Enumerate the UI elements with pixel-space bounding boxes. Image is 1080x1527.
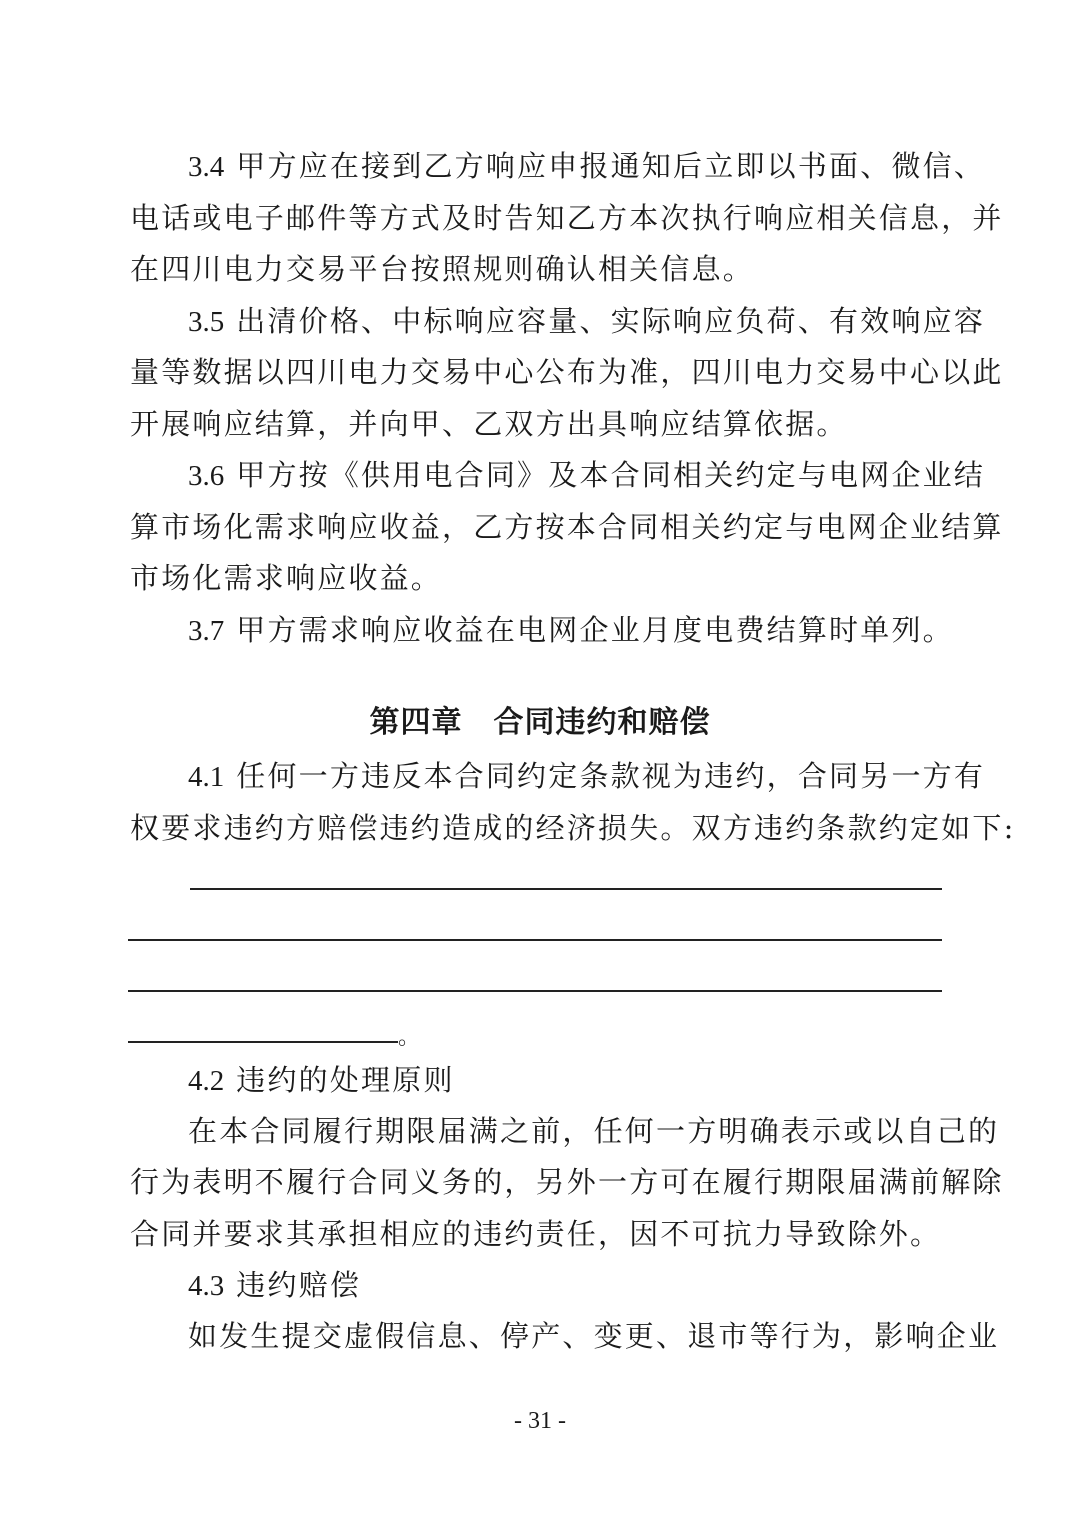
section-number: 4.3 bbox=[188, 1270, 224, 1302]
section-3-4-line-3: 在四川电力交易平台按照规则确认相关信息。 bbox=[130, 249, 950, 289]
section-number: 3.4 bbox=[188, 151, 224, 183]
section-3-5-line-3: 开展响应结算，并向甲、乙双方出具响应结算依据。 bbox=[130, 404, 950, 444]
section-number: 3.5 bbox=[188, 306, 224, 338]
section-4-2-line-2: 行为表明不履行合同义务的，另外一方可在履行期限届满前解除 bbox=[130, 1162, 950, 1202]
section-3-5-line-2: 量等数据以四川电力交易中心公布为准，四川电力交易中心以此 bbox=[130, 352, 950, 392]
section-4-2-title: 4.2违约的处理原则 bbox=[188, 1060, 950, 1101]
fill-in-blank-line-3[interactable] bbox=[128, 990, 942, 992]
blank-end-period: 。 bbox=[398, 1020, 420, 1051]
chapter-heading: 第四章 合同违约和赔偿 bbox=[0, 703, 1080, 743]
section-4-3-line-1: 如发生提交虚假信息、停产、变更、退市等行为，影响企业 bbox=[188, 1316, 950, 1356]
section-4-1-line-1: 4.1任何一方违反本合同约定条款视为违约，合同另一方有 bbox=[188, 756, 950, 797]
section-3-7-line-1: 3.7甲方需求响应收益在电网企业月度电费结算时单列。 bbox=[188, 610, 950, 651]
section-3-6-line-3: 市场化需求响应收益。 bbox=[130, 558, 950, 598]
section-4-1-line-2: 权要求违约方赔偿违约造成的经济损失。双方违约条款约定如下: bbox=[130, 808, 950, 848]
section-3-6-line-2: 算市场化需求响应收益，乙方按本合同相关约定与电网企业结算 bbox=[130, 507, 950, 547]
section-number: 3.6 bbox=[188, 460, 224, 492]
page-number: - 31 - bbox=[0, 1408, 1080, 1435]
fill-in-blank-line-2[interactable] bbox=[128, 939, 942, 941]
section-number: 4.2 bbox=[188, 1065, 224, 1097]
section-3-5-line-1: 3.5出清价格、中标响应容量、实际响应负荷、有效响应容 bbox=[188, 301, 950, 342]
section-number: 4.1 bbox=[188, 761, 224, 793]
section-3-6-line-1: 3.6甲方按《供用电合同》及本合同相关约定与电网企业结 bbox=[188, 455, 950, 496]
section-3-4-line-2: 电话或电子邮件等方式及时告知乙方本次执行响应相关信息，并 bbox=[130, 198, 950, 238]
section-4-2-line-3: 合同并要求其承担相应的违约责任，因不可抗力导致除外。 bbox=[130, 1214, 950, 1254]
fill-in-blank-line-1[interactable] bbox=[190, 888, 942, 890]
fill-in-blank-line-4[interactable] bbox=[128, 1041, 398, 1043]
section-3-4-line-1: 3.4甲方应在接到乙方响应申报通知后立即以书面、微信、 bbox=[188, 146, 950, 187]
section-number: 3.7 bbox=[188, 615, 224, 647]
section-4-2-line-1: 在本合同履行期限届满之前，任何一方明确表示或以自己的 bbox=[188, 1111, 950, 1151]
document-page: 3.4甲方应在接到乙方响应申报通知后立即以书面、微信、 电话或电子邮件等方式及时… bbox=[0, 0, 1080, 1527]
section-4-3-title: 4.3违约赔偿 bbox=[188, 1265, 950, 1306]
